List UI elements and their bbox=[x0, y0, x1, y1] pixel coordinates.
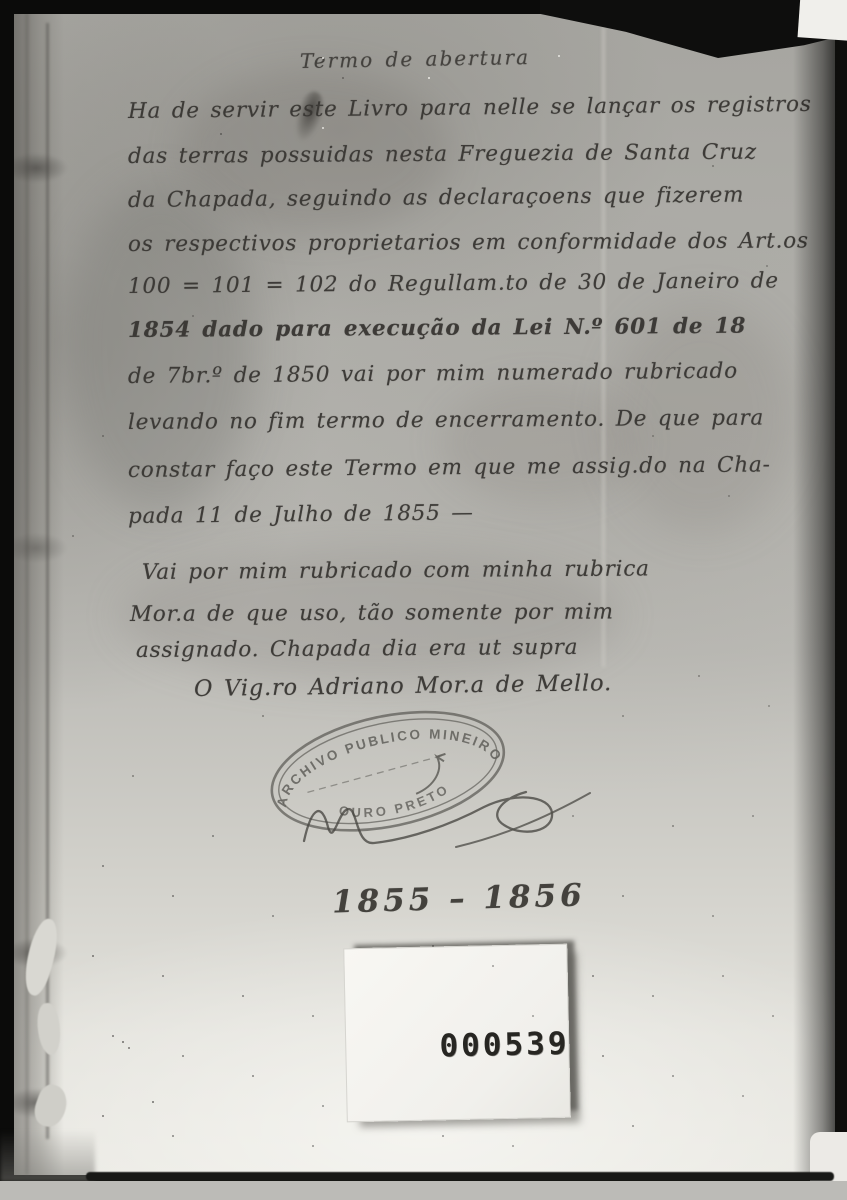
page-shadow-bottom-left bbox=[0, 1130, 95, 1182]
catalog-number: 000539 bbox=[439, 1025, 570, 1064]
signature-line: O Vig.ro Adriano Mor.a de Mello. bbox=[194, 670, 612, 702]
book-binding bbox=[10, 13, 64, 1175]
scan-margin-bottom bbox=[0, 1181, 847, 1200]
manuscript-line: 1854 dado para execução da Lei N.º 601 d… bbox=[128, 314, 746, 343]
catalog-label: 000539 bbox=[343, 944, 571, 1123]
manuscript-line: da Chapada, seguindo as declaraçoens que… bbox=[128, 183, 744, 213]
manuscript-page: Termo de abertura Ha de servir este Livr… bbox=[10, 13, 835, 1175]
manuscript-line: pada 11 de Julho de 1855 — bbox=[128, 500, 474, 529]
binding-ridge bbox=[10, 153, 68, 183]
binding-ridge bbox=[10, 533, 68, 563]
manuscript-line: Mor.a de que uso, tão somente por mim bbox=[130, 599, 614, 627]
manuscript-line: levando no fim termo de encerramento. De… bbox=[128, 406, 764, 435]
manuscript-line: Vai por mim rubricado com minha rubrica bbox=[142, 556, 650, 585]
scan-border-left bbox=[0, 0, 14, 1200]
paper-stain bbox=[440, 383, 640, 503]
manuscript-line: de 7br.º de 1850 vai por mim numerado ru… bbox=[128, 359, 738, 389]
manuscript-line: 100 = 101 = 102 do Regullam.to de 30 de … bbox=[128, 268, 779, 299]
manuscript-line: assignado. Chapada dia era ut supra bbox=[136, 635, 578, 663]
page-edge-shadow-right bbox=[793, 0, 847, 1178]
date-range-annotation: 1855 – 1856 bbox=[332, 877, 587, 920]
scanned-document: Termo de abertura Ha de servir este Livr… bbox=[0, 0, 847, 1200]
manuscript-line: os respectivos proprietarios em conformi… bbox=[128, 228, 809, 257]
page-edge-shadow-bottom bbox=[86, 1172, 834, 1181]
manuscript-line: das terras possuidas nesta Freguezia de … bbox=[128, 140, 757, 169]
document-title: Termo de abertura bbox=[300, 45, 530, 73]
page-corner-notch bbox=[798, 0, 847, 41]
signature-rubric bbox=[298, 765, 598, 857]
